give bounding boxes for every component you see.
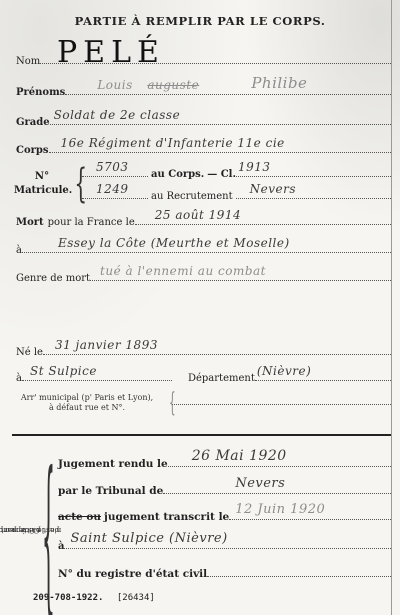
departement-value: (Nièvre) [257, 364, 311, 378]
mort-value: 25 août 1914 [155, 208, 241, 222]
row-lieu-mort: à Essey la Côte (Meurthe et Moselle) [16, 236, 391, 256]
transcrit-value: 12 Juin 1920 [235, 502, 325, 517]
lieu-mort-line: Essey la Côte (Meurthe et Moselle) [22, 252, 391, 253]
lieu-naissance-value: St Sulpice [30, 364, 97, 378]
matricule-corps-line: 5703 [82, 176, 148, 177]
row-mort: Mort pour la France le 25 août 1914 [16, 208, 391, 228]
side-note: Cette partie n'est pas à remplir par le … [8, 470, 44, 590]
corps-label: Corps [16, 145, 49, 156]
row-matricule-corps: 5703 au Corps. — Cl. 1913 [82, 160, 391, 180]
row-lieu-transcription: à Saint Sulpice (Nièvre) [58, 532, 391, 552]
naissance-label: Né le [16, 347, 43, 358]
genre-mort-label: Genre de mort [16, 273, 90, 284]
row-prenoms: Prénoms Louis auguste Philibe [16, 78, 391, 98]
margin-rule [391, 0, 392, 615]
tribunal-value: Nevers [235, 476, 285, 491]
prenoms-value-1: Louis [97, 78, 132, 92]
arrondissement-line [172, 404, 391, 405]
transcrit-line: 12 Juin 1920 [229, 519, 391, 520]
classe-line: 1913 [236, 176, 391, 177]
jugement-line: 26 Mai 1920 [168, 466, 391, 467]
row-matricule-recrutement: 1249 au Recrutement Nevers [82, 182, 391, 202]
lieu-naissance-label: à [16, 373, 22, 384]
classe-value: 1913 [238, 160, 271, 174]
row-registre: N° du registre d'état civil [58, 560, 391, 580]
transcrit-label-struck: acte ou [58, 511, 101, 523]
genre-mort-value: tué à l'ennemi au combat [100, 264, 266, 278]
print-code: [26434] [117, 593, 155, 603]
grade-label: Grade [16, 117, 50, 128]
row-arrondissement [172, 388, 391, 408]
lieu-transcription-line: Saint Sulpice (Nièvre) [64, 548, 391, 549]
au-corps-label: au Corps. [151, 169, 204, 180]
lieu-mort-label: à [16, 245, 22, 256]
nom-label: Nom [16, 56, 40, 67]
section-divider [12, 434, 391, 436]
departement-label: Département [188, 373, 255, 384]
corps-line: 16e Régiment d'Infanterie 11e cie [49, 152, 391, 153]
recrutement-line: Nevers [236, 198, 391, 199]
prenoms-line: Louis auguste Philibe [65, 94, 391, 95]
recrutement-value: Nevers [250, 182, 296, 196]
lieu-naissance-line: St Sulpice [22, 380, 172, 381]
form-header: PARTIE À REMPLIR PAR LE CORPS. [0, 14, 400, 28]
prenoms-value-2: Philibe [251, 74, 307, 92]
print-reference: 209-708-1922. [26434] [33, 593, 155, 603]
grade-value: Soldat de 2e classe [54, 108, 181, 122]
recrutement-label: au Recrutement [151, 191, 233, 202]
lieu-transcription-value: Saint Sulpice (Nièvre) [70, 531, 227, 546]
row-transcrit: acte ou jugement transcrit le 12 Juin 19… [58, 503, 391, 523]
tribunal-label: par le Tribunal de [58, 485, 163, 497]
matricule-label: N° Matricule. [14, 170, 70, 198]
prenoms-value-struck: auguste [147, 78, 199, 92]
mort-label-bold: Mort [16, 217, 44, 228]
matricule-recrutement-number: 1249 [96, 182, 129, 196]
classe-label: — Cl. [207, 169, 236, 180]
arrondissement-label: Arr' municipal (p' Paris et Lyon), à déf… [12, 393, 162, 413]
lieu-mort-value: Essey la Côte (Meurthe et Moselle) [58, 236, 290, 250]
corps-value: 16e Régiment d'Infanterie 11e cie [61, 136, 285, 150]
death-record-card: PARTIE À REMPLIR PAR LE CORPS. PELÉ Nom … [0, 0, 400, 615]
lower-brace: { [42, 450, 55, 615]
row-tribunal: par le Tribunal de Nevers [58, 477, 391, 497]
row-jugement: Jugement rendu le 26 Mai 1920 [58, 450, 391, 470]
nom-line [40, 63, 391, 64]
transcrit-label: jugement transcrit le [104, 511, 229, 523]
print-ref: 209-708-1922. [33, 593, 103, 603]
mort-label: pour la France le [48, 217, 135, 228]
lieu-transcription-label: à [58, 541, 64, 552]
departement-line: (Nièvre) [255, 380, 391, 381]
naissance-value: 31 janvier 1893 [55, 338, 158, 352]
jugement-value: 26 Mai 1920 [192, 448, 287, 464]
grade-line: Soldat de 2e classe [50, 124, 391, 125]
row-nom: Nom [16, 47, 391, 67]
jugement-label: Jugement rendu le [58, 458, 168, 470]
row-naissance: Né le 31 janvier 1893 [16, 338, 391, 358]
row-genre-mort: Genre de mort tué à l'ennemi au combat [16, 264, 391, 284]
registre-label: N° du registre d'état civil [58, 568, 207, 580]
row-corps: Corps 16e Régiment d'Infanterie 11e cie [16, 136, 391, 156]
prenoms-label: Prénoms [16, 87, 65, 98]
mort-line: 25 août 1914 [135, 224, 391, 225]
row-grade: Grade Soldat de 2e classe [16, 108, 391, 128]
row-lieu-naissance: à St Sulpice Département (Nièvre) [16, 364, 391, 384]
naissance-line: 31 janvier 1893 [43, 354, 391, 355]
matricule-recrutement-line: 1249 [82, 198, 148, 199]
matricule-corps-number: 5703 [96, 160, 129, 174]
registre-line [207, 576, 391, 577]
tribunal-line: Nevers [163, 493, 391, 494]
genre-mort-line: tué à l'ennemi au combat [90, 280, 391, 281]
